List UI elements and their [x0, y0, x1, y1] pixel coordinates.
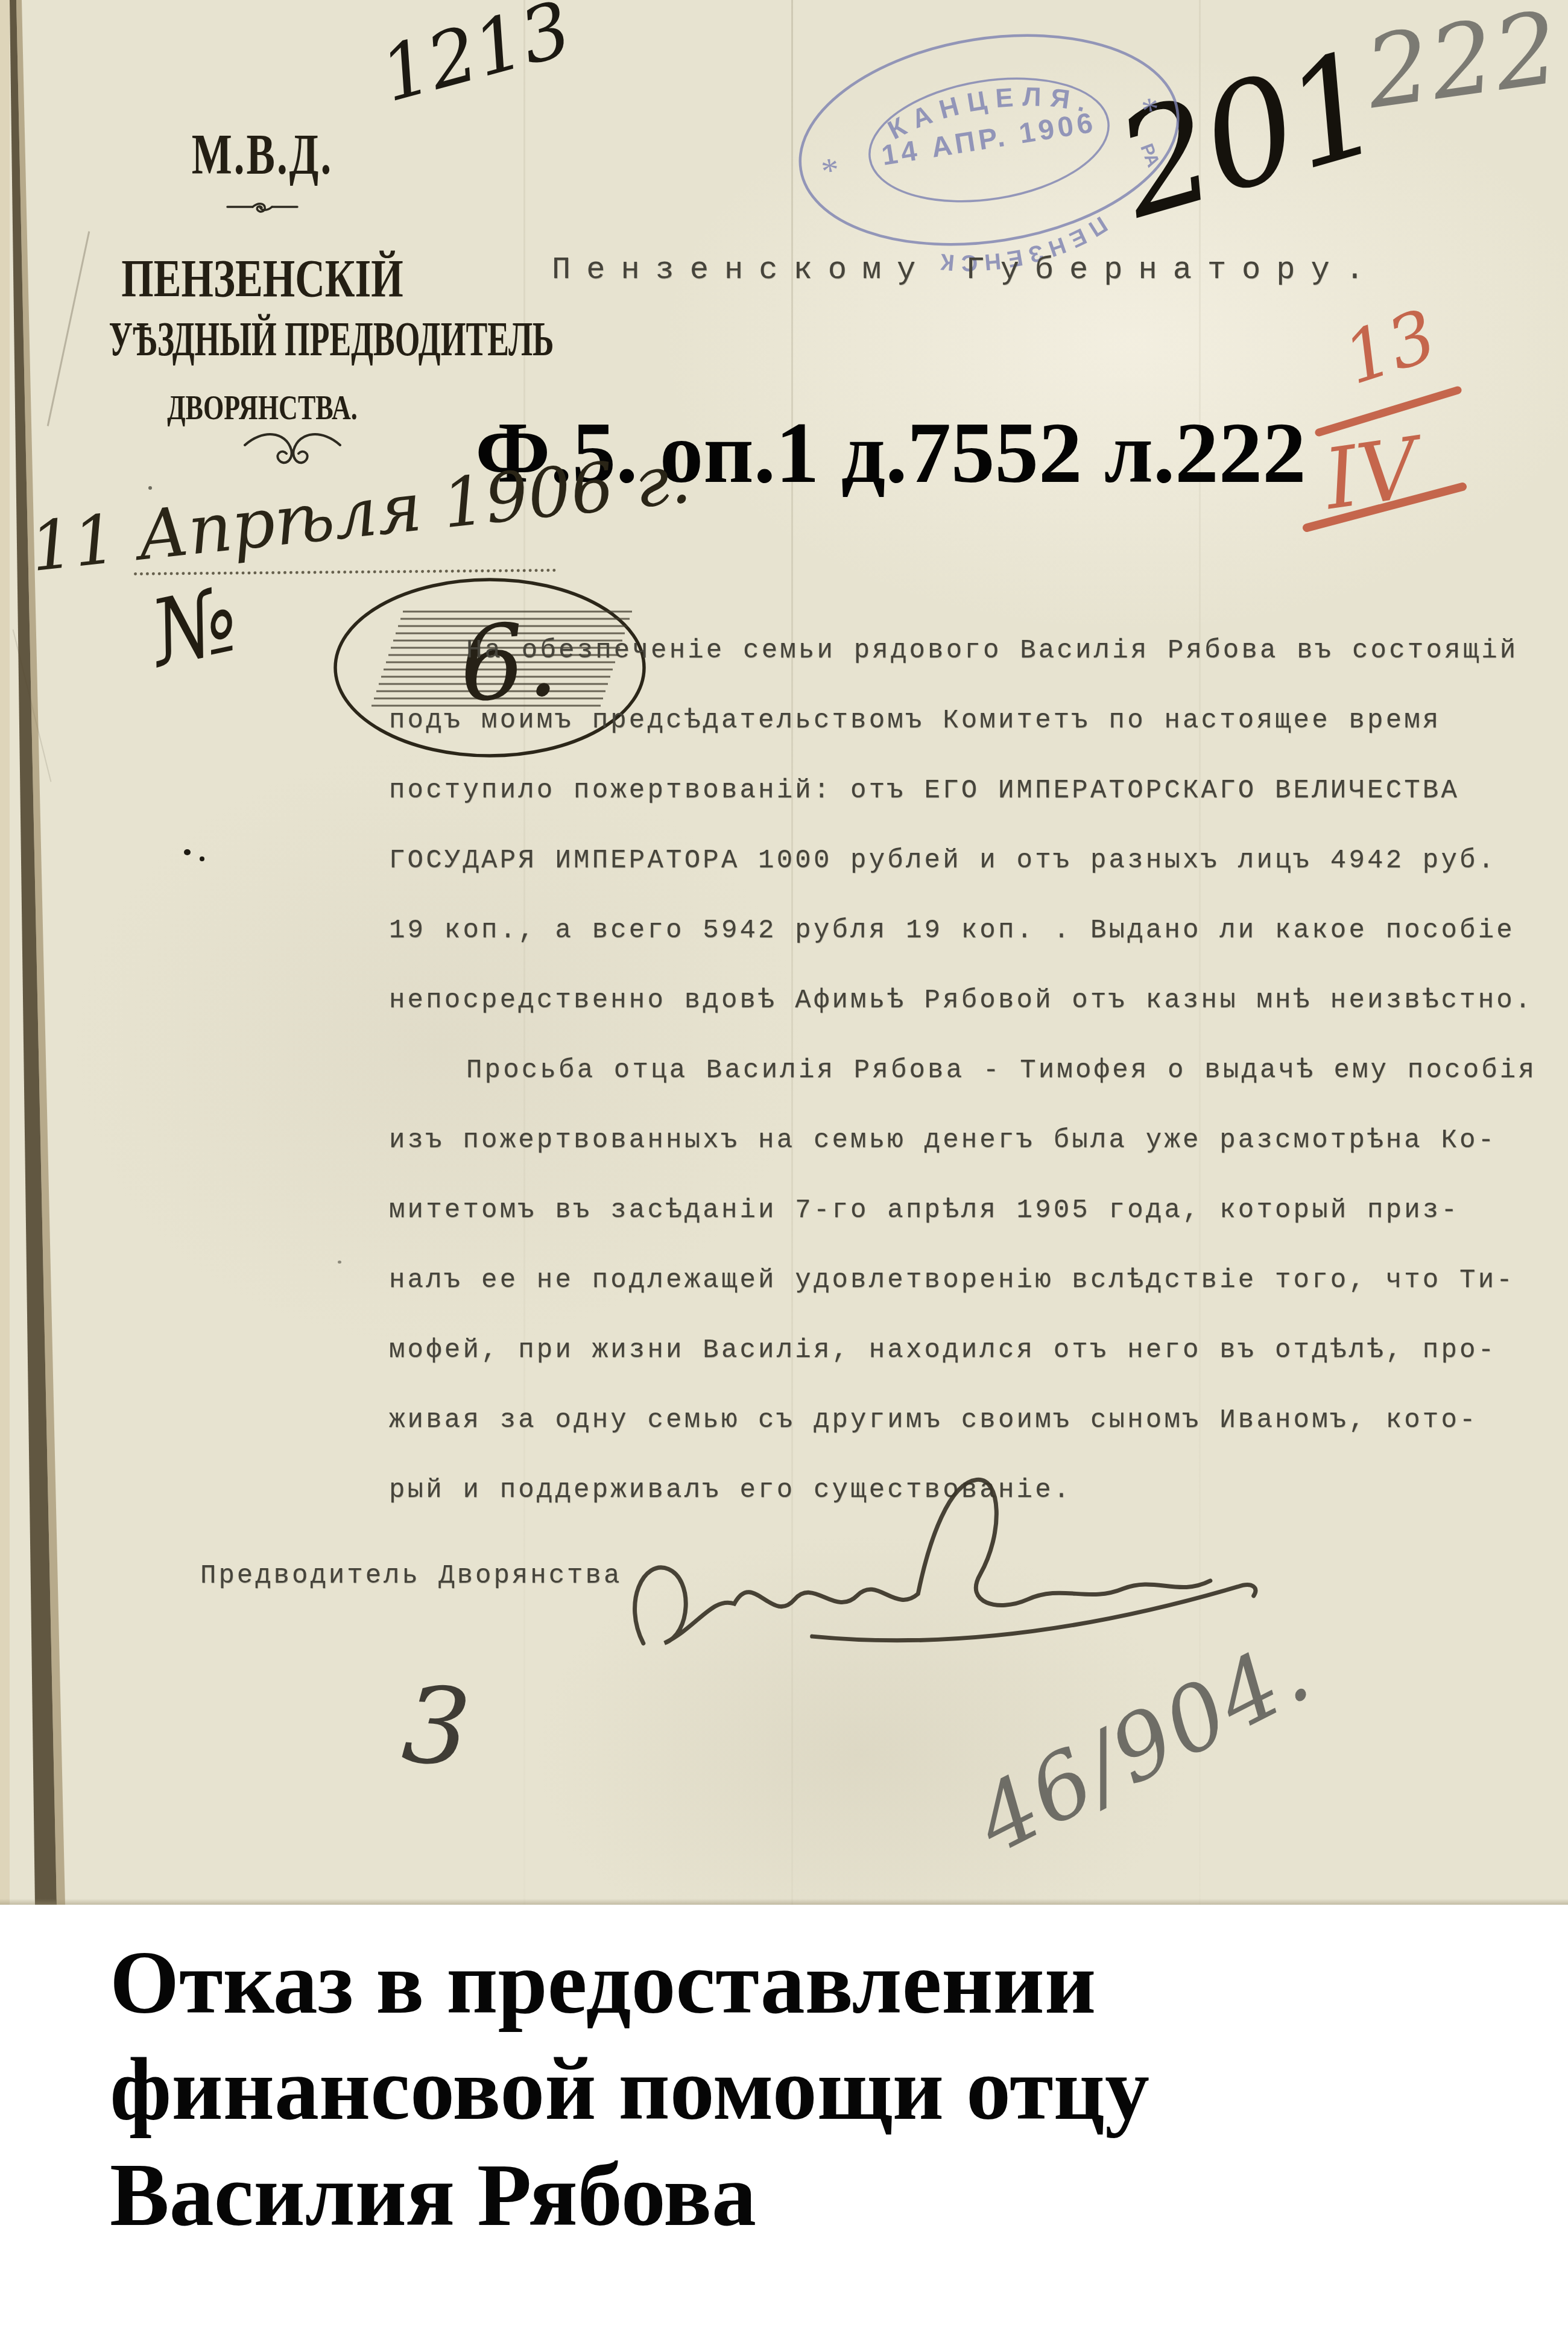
- body-line: Просьба отца Василія Рябова - Тимофея о …: [389, 1036, 1537, 1106]
- gutter-shadow: [10, 0, 57, 1905]
- letterhead-line-uyezd-marshal: УѢЗДНЫЙ ПРЕДВОДИТЕЛЬ: [109, 312, 416, 367]
- ink-speck: [148, 486, 152, 490]
- body-line: подъ моимъ предсѣдательствомъ Комитетъ п…: [389, 686, 1537, 756]
- recipient-address: Пензенскому Губернатору.: [552, 252, 1380, 288]
- letterhead-flourish: [241, 432, 344, 480]
- ink-speck: [338, 1261, 341, 1264]
- chancellery-stamp: КАНЦЕЛЯ. ПЕНЗЕНСК 14 АПР. 1906 * * РА: [784, 19, 1194, 261]
- document-number-sign: №: [142, 566, 247, 687]
- handwritten-date: 11 Апрѣля 1906 г.: [27, 440, 694, 587]
- body-line: мофей, при жизни Василія, находился отъ …: [389, 1315, 1537, 1385]
- signoff-title: Предводитель Дворянства: [200, 1561, 622, 1591]
- body-line: митетомъ въ засѣданіи 7-го апрѣля 1905 г…: [389, 1176, 1537, 1245]
- letterhead-divider-ornament: [226, 201, 299, 220]
- caption: Отказ в предоставлении финансовой помощи…: [110, 1930, 1149, 2248]
- stamp-star-left: *: [819, 150, 842, 191]
- pencil-note: 3: [399, 1663, 474, 1790]
- ink-speck: [200, 856, 204, 861]
- ink-speck: [184, 849, 191, 855]
- adjacent-page-edge: [0, 0, 10, 1905]
- corner-page-number: 222: [1359, 0, 1567, 131]
- letterhead-line-nobility: ДВОРЯНСТВА.: [88, 387, 437, 428]
- red-mark-day: 13: [1334, 293, 1446, 400]
- document-scan: М.В.Д. ПЕНЗЕНСКІЙ УѢЗДНЫЙ ПРЕДВОДИТЕЛЬ Д…: [0, 0, 1568, 1905]
- caption-line: Отказ в предоставлении: [110, 1930, 1149, 2036]
- letterhead-line-penzensky: ПЕНЗЕНСКІЙ: [84, 248, 441, 309]
- paper-bottom-edge: [0, 1899, 1568, 1905]
- body-line: живая за одну семью съ другимъ своимъ сы…: [389, 1385, 1537, 1455]
- caption-line: Василия Рябова: [110, 2142, 1149, 2248]
- body-line: непосредственно вдовѣ Афимьѣ Рябовой отъ…: [389, 966, 1537, 1036]
- pencil-number-top: 1213: [372, 0, 580, 119]
- body-line: налъ ее не подлежащей удовлетворенію всл…: [389, 1245, 1537, 1315]
- screenshot-root: М.В.Д. ПЕНЗЕНСКІЙ УѢЗДНЫЙ ПРЕДВОДИТЕЛЬ Д…: [0, 0, 1568, 2345]
- body-line: изъ пожертвованныхъ на семью денегъ была…: [389, 1106, 1537, 1176]
- letter-body: На обезпеченіе семьи рядового Василія Ря…: [389, 616, 1537, 1525]
- body-line: На обезпеченіе семьи рядового Василія Ря…: [389, 616, 1537, 686]
- caption-line: финансовой помощи отцу: [110, 2036, 1149, 2142]
- body-line: ГОСУДАРЯ ИМПЕРАТОРА 1000 рублей и отъ ра…: [389, 826, 1537, 896]
- body-line: поступило пожертвованій: отъ ЕГО ИМПЕРАТ…: [389, 756, 1537, 826]
- red-pencil-mark: 13 IV: [1282, 299, 1487, 540]
- stamp-star-right: *: [1139, 89, 1163, 131]
- ministry-abbreviation: М.В.Д.: [93, 121, 432, 188]
- handwritten-signature: [596, 1442, 1285, 1706]
- body-line: 19 коп., а всего 5942 рубля 19 коп. . Вы…: [389, 896, 1537, 966]
- scan-edge: [0, 0, 72, 1905]
